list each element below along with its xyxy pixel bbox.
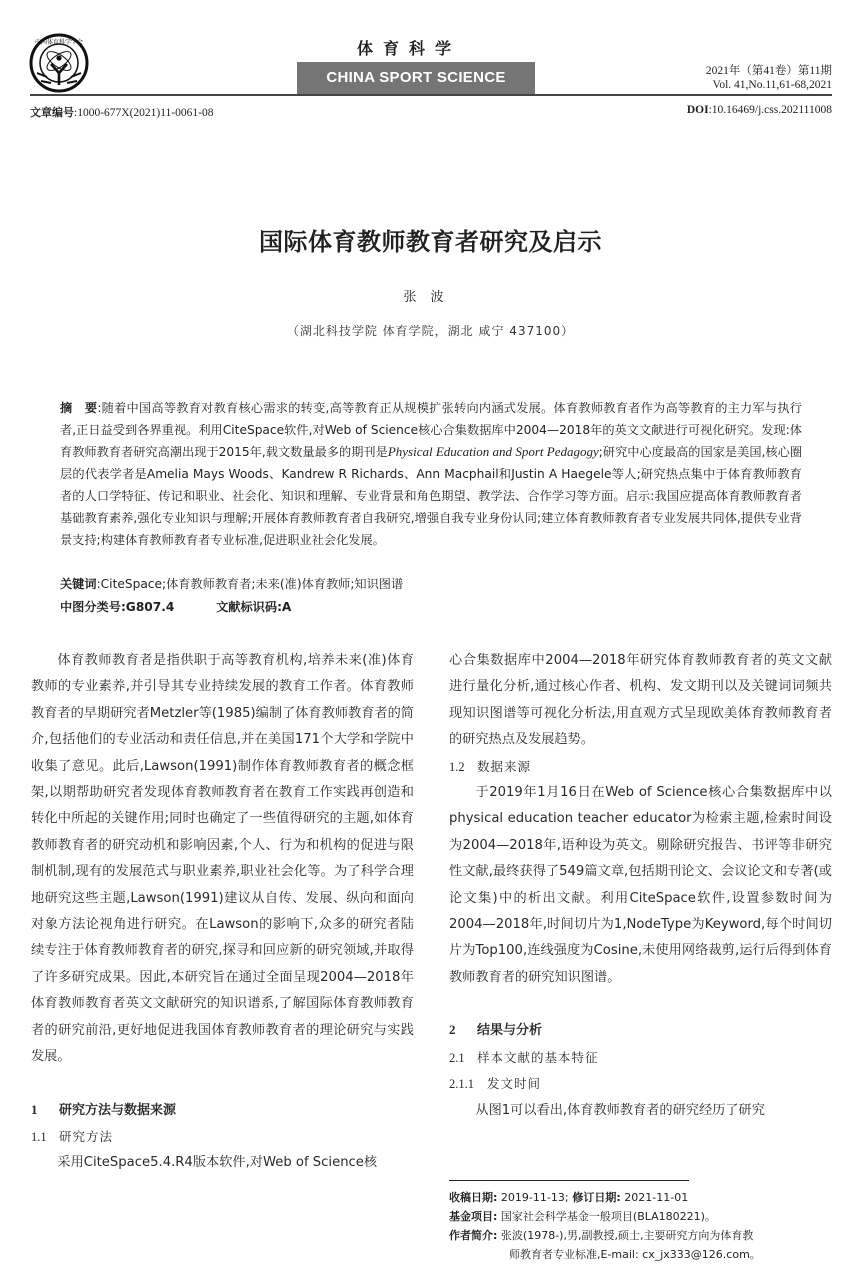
footnote-divider xyxy=(449,1180,689,1181)
section-1-1-heading: 1.1研究方法 xyxy=(31,1124,414,1150)
footnote-fund: 基金项目: 国家社会科学基金一般项目(BLA180221)。 xyxy=(449,1207,834,1226)
footnotes: 收稿日期: 2019-11-13; 修订日期: 2021-11-01 基金项目:… xyxy=(449,1188,834,1264)
journal-name-english: CHINA SPORT SCIENCE xyxy=(297,62,535,94)
body-column-right: 心合集数据库中2004—2018年研究体育教师教育者的英文文献进行量化分析,通过… xyxy=(449,648,832,1124)
section-2-1-1-paragraph: 从图1可以看出,体育教师教育者的研究经历了研究 xyxy=(449,1098,832,1124)
abstract: 摘 要:随着中国高等教育对教育核心需求的转变,高等教育正从规模扩张转向内涵式发展… xyxy=(60,397,802,551)
intro-paragraph: 体育教师教育者是指供职于高等教育机构,培养未来(准)体育教师的专业素养,并引导其… xyxy=(31,648,414,1071)
doi: DOI:10.16469/j.css.202111008 xyxy=(687,104,832,116)
section-2-1-1-heading: 2.1.1发文时间 xyxy=(449,1071,832,1097)
journal-name-chinese: 体育科学 xyxy=(296,36,522,59)
issue-info-english: Vol. 41,No.11,61-68,2021 xyxy=(713,79,832,91)
article-number-value: :1000-677X(2021)11-0061-08 xyxy=(74,107,213,119)
section-1-1-paragraph: 采用CiteSpace5.4.R4版本软件,对Web of Science核 xyxy=(31,1150,414,1176)
header-divider xyxy=(30,94,832,96)
doc-code-label: 文献标识码 xyxy=(216,600,277,614)
body-column-left: 体育教师教育者是指供职于高等教育机构,培养未来(准)体育教师的专业素养,并引导其… xyxy=(31,648,414,1177)
doi-value[interactable]: :10.16469/j.css.202111008 xyxy=(709,104,832,116)
svg-text:中国体育科学学会: 中国体育科学学会 xyxy=(35,38,83,46)
method-paragraph-continued: 心合集数据库中2004—2018年研究体育教师教育者的英文文献进行量化分析,通过… xyxy=(449,648,832,754)
doc-code-value: :A xyxy=(277,600,291,614)
author-affiliation: （湖北科技学院 体育学院，湖北 咸宁 437100） xyxy=(0,322,861,339)
section-1-2-paragraph: 于2019年1月16日在Web of Science核心合集数据库中以physi… xyxy=(449,780,832,991)
keywords: 关键词:CiteSpace;体育教师教育者;未来(准)体育教师;知识图谱 xyxy=(60,575,403,592)
clc-label: 中图分类号 xyxy=(60,600,121,614)
abstract-journal-name: Physical Education and Sport Pedagogy xyxy=(388,444,599,459)
clc-value: :G807.4 xyxy=(121,600,174,614)
section-1-heading: 1研究方法与数据来源 xyxy=(31,1097,414,1124)
section-2-heading: 2结果与分析 xyxy=(449,1017,832,1044)
issue-info-chinese: 2021年（第41卷）第11期 xyxy=(706,62,832,78)
abstract-label: 摘 要 xyxy=(60,401,97,415)
section-2-1-heading: 2.1样本文献的基本特征 xyxy=(449,1045,832,1071)
footnote-dates: 收稿日期: 2019-11-13; 修订日期: 2021-11-01 xyxy=(449,1188,834,1207)
article-number: 文章编号:1000-677X(2021)11-0061-08 xyxy=(30,104,213,120)
abstract-text-part2: ;研究中心度最高的国家是美国,核心圈层的代表学者是Amelia Mays Woo… xyxy=(60,445,802,547)
doi-label: DOI xyxy=(687,104,709,116)
section-1-2-heading: 1.2数据来源 xyxy=(449,754,832,780)
footnote-author-bio: 作者简介: 张波(1978-),男,副教授,硕士,主要研究方向为体育教 xyxy=(449,1226,834,1245)
footnote-author-bio-line2: 师教育者专业标准,E-mail: cx_jx333@126.com。 xyxy=(449,1245,834,1264)
keywords-label: 关键词 xyxy=(60,577,97,591)
classification: 中图分类号:G807.4 文献标识码:A xyxy=(60,598,291,615)
author-name: 张波 xyxy=(0,286,861,305)
keywords-value: :CiteSpace;体育教师教育者;未来(准)体育教师;知识图谱 xyxy=(97,577,404,591)
article-number-label: 文章编号 xyxy=(30,106,74,119)
paper-title: 国际体育教师教育者研究及启示 xyxy=(0,222,861,257)
journal-logo-seal-icon: 中国体育科学学会 xyxy=(29,33,89,93)
